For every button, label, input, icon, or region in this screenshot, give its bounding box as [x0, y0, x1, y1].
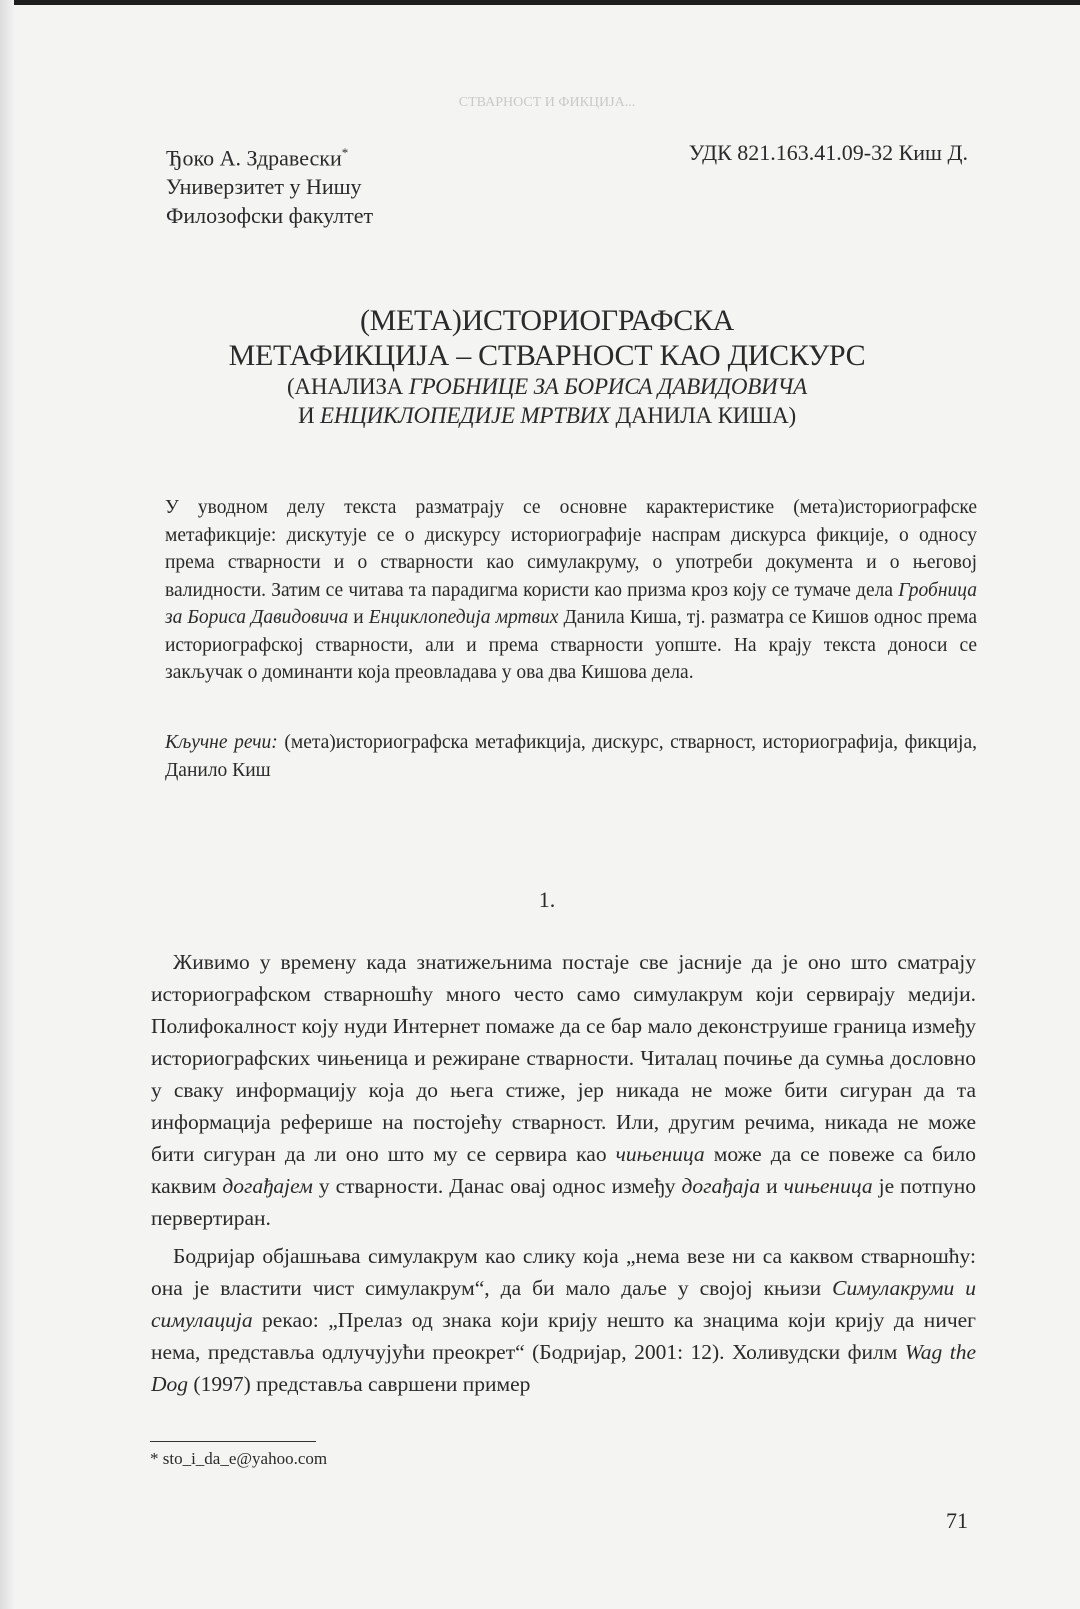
body-text: Живимо у времену када знатижељнима поста…: [151, 946, 976, 1400]
footnote-divider: [150, 1441, 316, 1442]
text: и: [760, 1174, 783, 1198]
keywords-label: Кључне речи:: [165, 732, 278, 753]
section-heading: 1.: [14, 887, 1080, 913]
author-name: Ђоко А. Здравески: [166, 145, 342, 170]
udk-classification: УДК 821.163.41.09-32 Киш Д.: [689, 138, 968, 167]
affiliation-university: Универзитет у Нишу: [166, 172, 373, 201]
article-subtitle: (АНАЛИЗА ГРОБНИЦЕ ЗА БОРИСА ДАВИДОВИЧА И…: [14, 372, 1080, 430]
text: рекао: „Прелаз од знака који крију нешто…: [151, 1308, 976, 1364]
journal-page: СТВАРНОСТ И ФИКЦИЈА... Ђоко А. Здравески…: [14, 5, 1080, 1609]
text: Живимо у времену када знатижељнима поста…: [151, 950, 976, 1166]
abstract-text: и: [348, 607, 368, 628]
text: у стварности. Данас овај однос између: [313, 1174, 682, 1198]
affiliation-faculty: Филозофски факултет: [166, 201, 373, 230]
author-block: Ђоко А. Здравески* Универзитет у Нишу Фи…: [166, 138, 373, 230]
keywords: Кључне речи: (мета)историографска метафи…: [165, 729, 977, 784]
subtitle-italic-work-1: ГРОБНИЦЕ ЗА БОРИСА ДАВИДОВИЧА: [409, 374, 807, 399]
article-title: (МЕТА)ИСТОРИОГРАФСКА МЕТАФИКЦИЈА – СТВАР…: [14, 303, 1080, 373]
keywords-text: (мета)историографска метафикција, дискур…: [165, 732, 977, 781]
footnote-email: * sto_i_da_e@yahoo.com: [150, 1449, 327, 1469]
paragraph: Живимо у времену када знатижељнима поста…: [151, 946, 976, 1234]
subtitle-text: (АНАЛИЗА: [287, 374, 409, 399]
text: (1997) представља савршени пример: [188, 1372, 530, 1396]
page-number: 71: [946, 1508, 968, 1534]
italic-term: чињеница: [784, 1174, 873, 1198]
scan-binding-edge: [0, 0, 14, 1609]
paragraph: Бодријар објашњава симулакрум као слику …: [151, 1240, 976, 1400]
abstract: У уводном делу текста разматрају се осно…: [165, 494, 977, 687]
title-line-1: (МЕТА)ИСТОРИОГРАФСКА: [14, 303, 1080, 338]
abstract-italic: Енциклопедија мртвих: [369, 607, 559, 628]
subtitle-italic-work-2: ЕНЦИКЛОПЕДИЈЕ МРТВИХ: [320, 403, 610, 428]
author-footnote-mark: *: [342, 145, 349, 160]
bleed-through-running-head: СТВАРНОСТ И ФИКЦИЈА...: [14, 95, 1080, 111]
abstract-text: У уводном делу текста разматрају се осно…: [165, 497, 977, 601]
subtitle-text: И: [298, 403, 320, 428]
italic-term: чињеница: [616, 1142, 705, 1166]
italic-term: догађајем: [222, 1174, 313, 1198]
subtitle-text: ДАНИЛА КИША): [610, 403, 796, 428]
italic-term: догађаја: [682, 1174, 761, 1198]
title-line-2: МЕТАФИКЦИЈА – СТВАРНОСТ КАО ДИСКУРС: [14, 338, 1080, 373]
